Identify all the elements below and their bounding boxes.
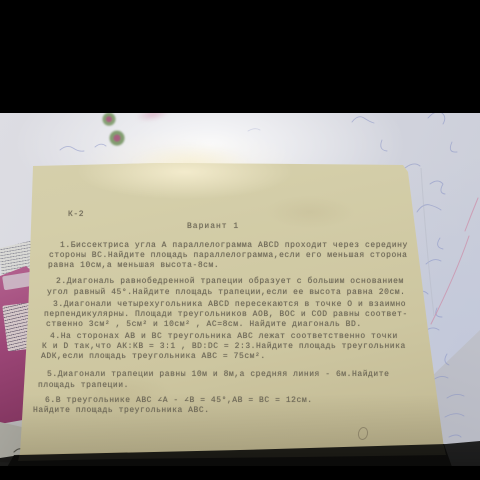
typed-line: К и D так,что АК:КВ = 3:1 , ВD:DС = 2:3.…: [42, 342, 406, 351]
typed-line: стороны ВС.Найдите площадь параллелограм…: [49, 251, 408, 260]
work-code: К-2: [68, 210, 84, 219]
typed-line: 5.Диагонали трапеции равны 10м и 8м,а ср…: [47, 370, 389, 379]
typed-line: 1.Биссектриса угла А параллелограмма АВС…: [60, 241, 408, 250]
typed-line: 2.Диагональ равнобедренной трапеции обра…: [56, 277, 404, 286]
letterbox-top: [0, 0, 480, 113]
typed-line: АDК,если площадь треугольника АВС = 75см…: [41, 352, 266, 361]
typed-line: ственно 3см² , 5см² и 10см² , АС=8см. На…: [46, 320, 362, 329]
typed-line: угол равный 45°.Найдите площадь трапеции…: [47, 288, 406, 297]
typed-line: перпендикулярны. Площади треугольников А…: [44, 310, 408, 319]
photo-of-worksheet: К-2 Вариант 1 1.Биссектриса угла А парал…: [0, 0, 480, 480]
typed-line: 6.В треугольнике АВС ∠А - ∠В = 45°,АВ = …: [45, 395, 313, 405]
typed-line: Найдите площадь треугольника АВС.: [33, 406, 210, 415]
typed-line: равна 10см,а меньшая высота-8см.: [48, 261, 219, 270]
typed-line: 4.На сторонах АВ и ВС треугольника АВС л…: [50, 332, 398, 341]
variant-title: Вариант 1: [187, 222, 239, 231]
letterbox-bottom: [0, 466, 480, 480]
typed-line: площадь трапеции.: [38, 381, 129, 390]
typed-line: 3.Диагонали четырехугольника АВСD пересе…: [53, 300, 406, 309]
